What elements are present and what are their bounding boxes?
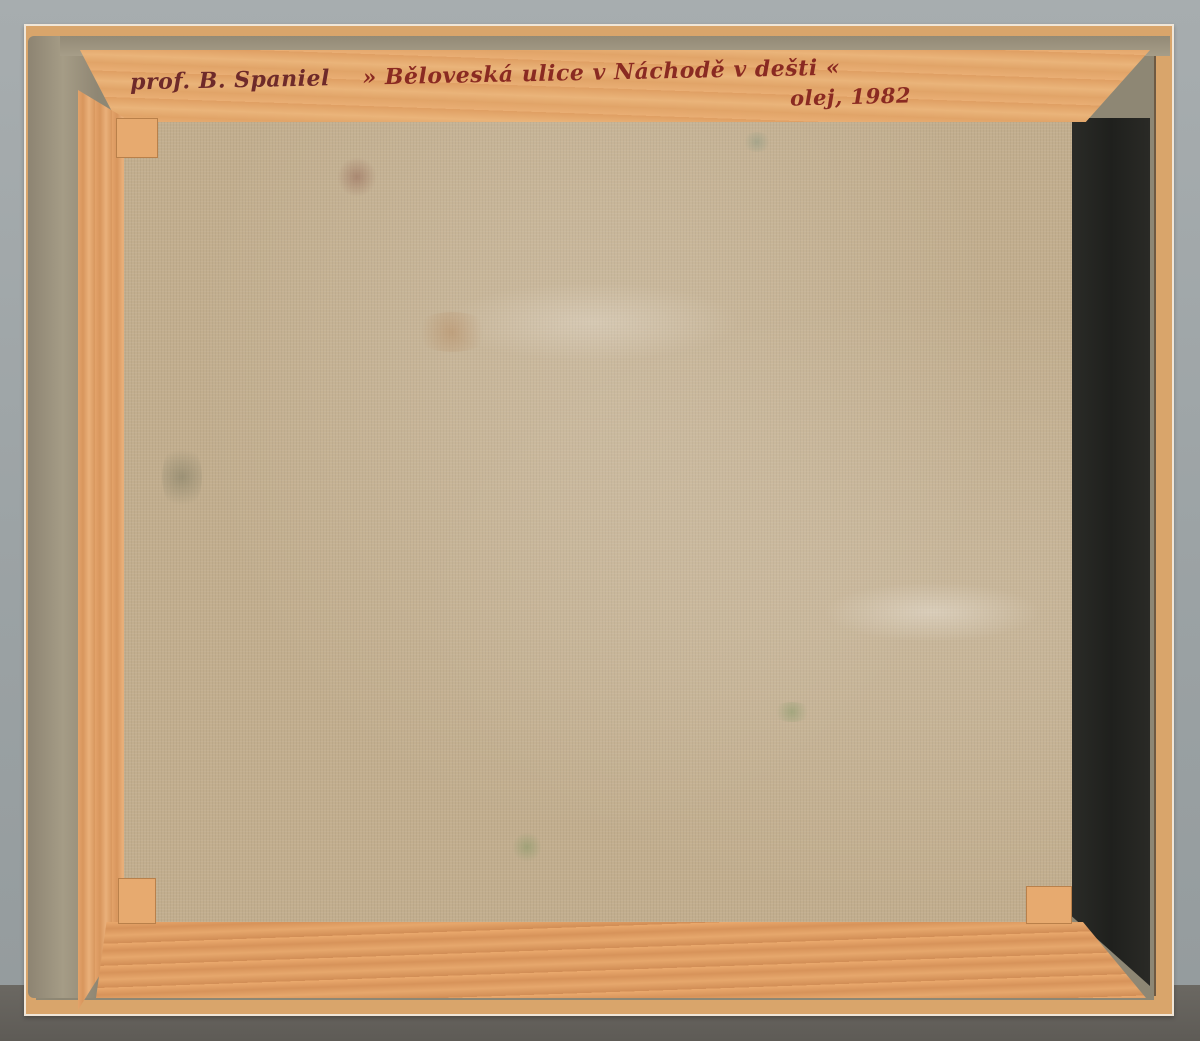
paint-speck [337, 157, 377, 197]
corner-key-top-left [116, 118, 158, 158]
canvas-linen-back [122, 122, 1072, 922]
paint-speck [512, 832, 542, 862]
inscription-author: prof. B. Spaniel [130, 65, 330, 95]
handwritten-inscription-line2: olej, 1982 [790, 82, 912, 110]
light-patch [822, 582, 1042, 642]
stretcher-bar-left [78, 90, 124, 1010]
inscription-medium-year: olej, 1982 [790, 82, 912, 110]
corner-key-bottom-right [1026, 886, 1072, 924]
light-patch [442, 282, 742, 362]
stretcher-bar-right-painted [1072, 118, 1150, 986]
paint-speck [742, 132, 772, 152]
corner-key-bottom-left [118, 878, 156, 924]
stretcher-bar-bottom [96, 922, 1146, 998]
paint-speck [162, 442, 202, 512]
paint-speck [772, 702, 812, 722]
